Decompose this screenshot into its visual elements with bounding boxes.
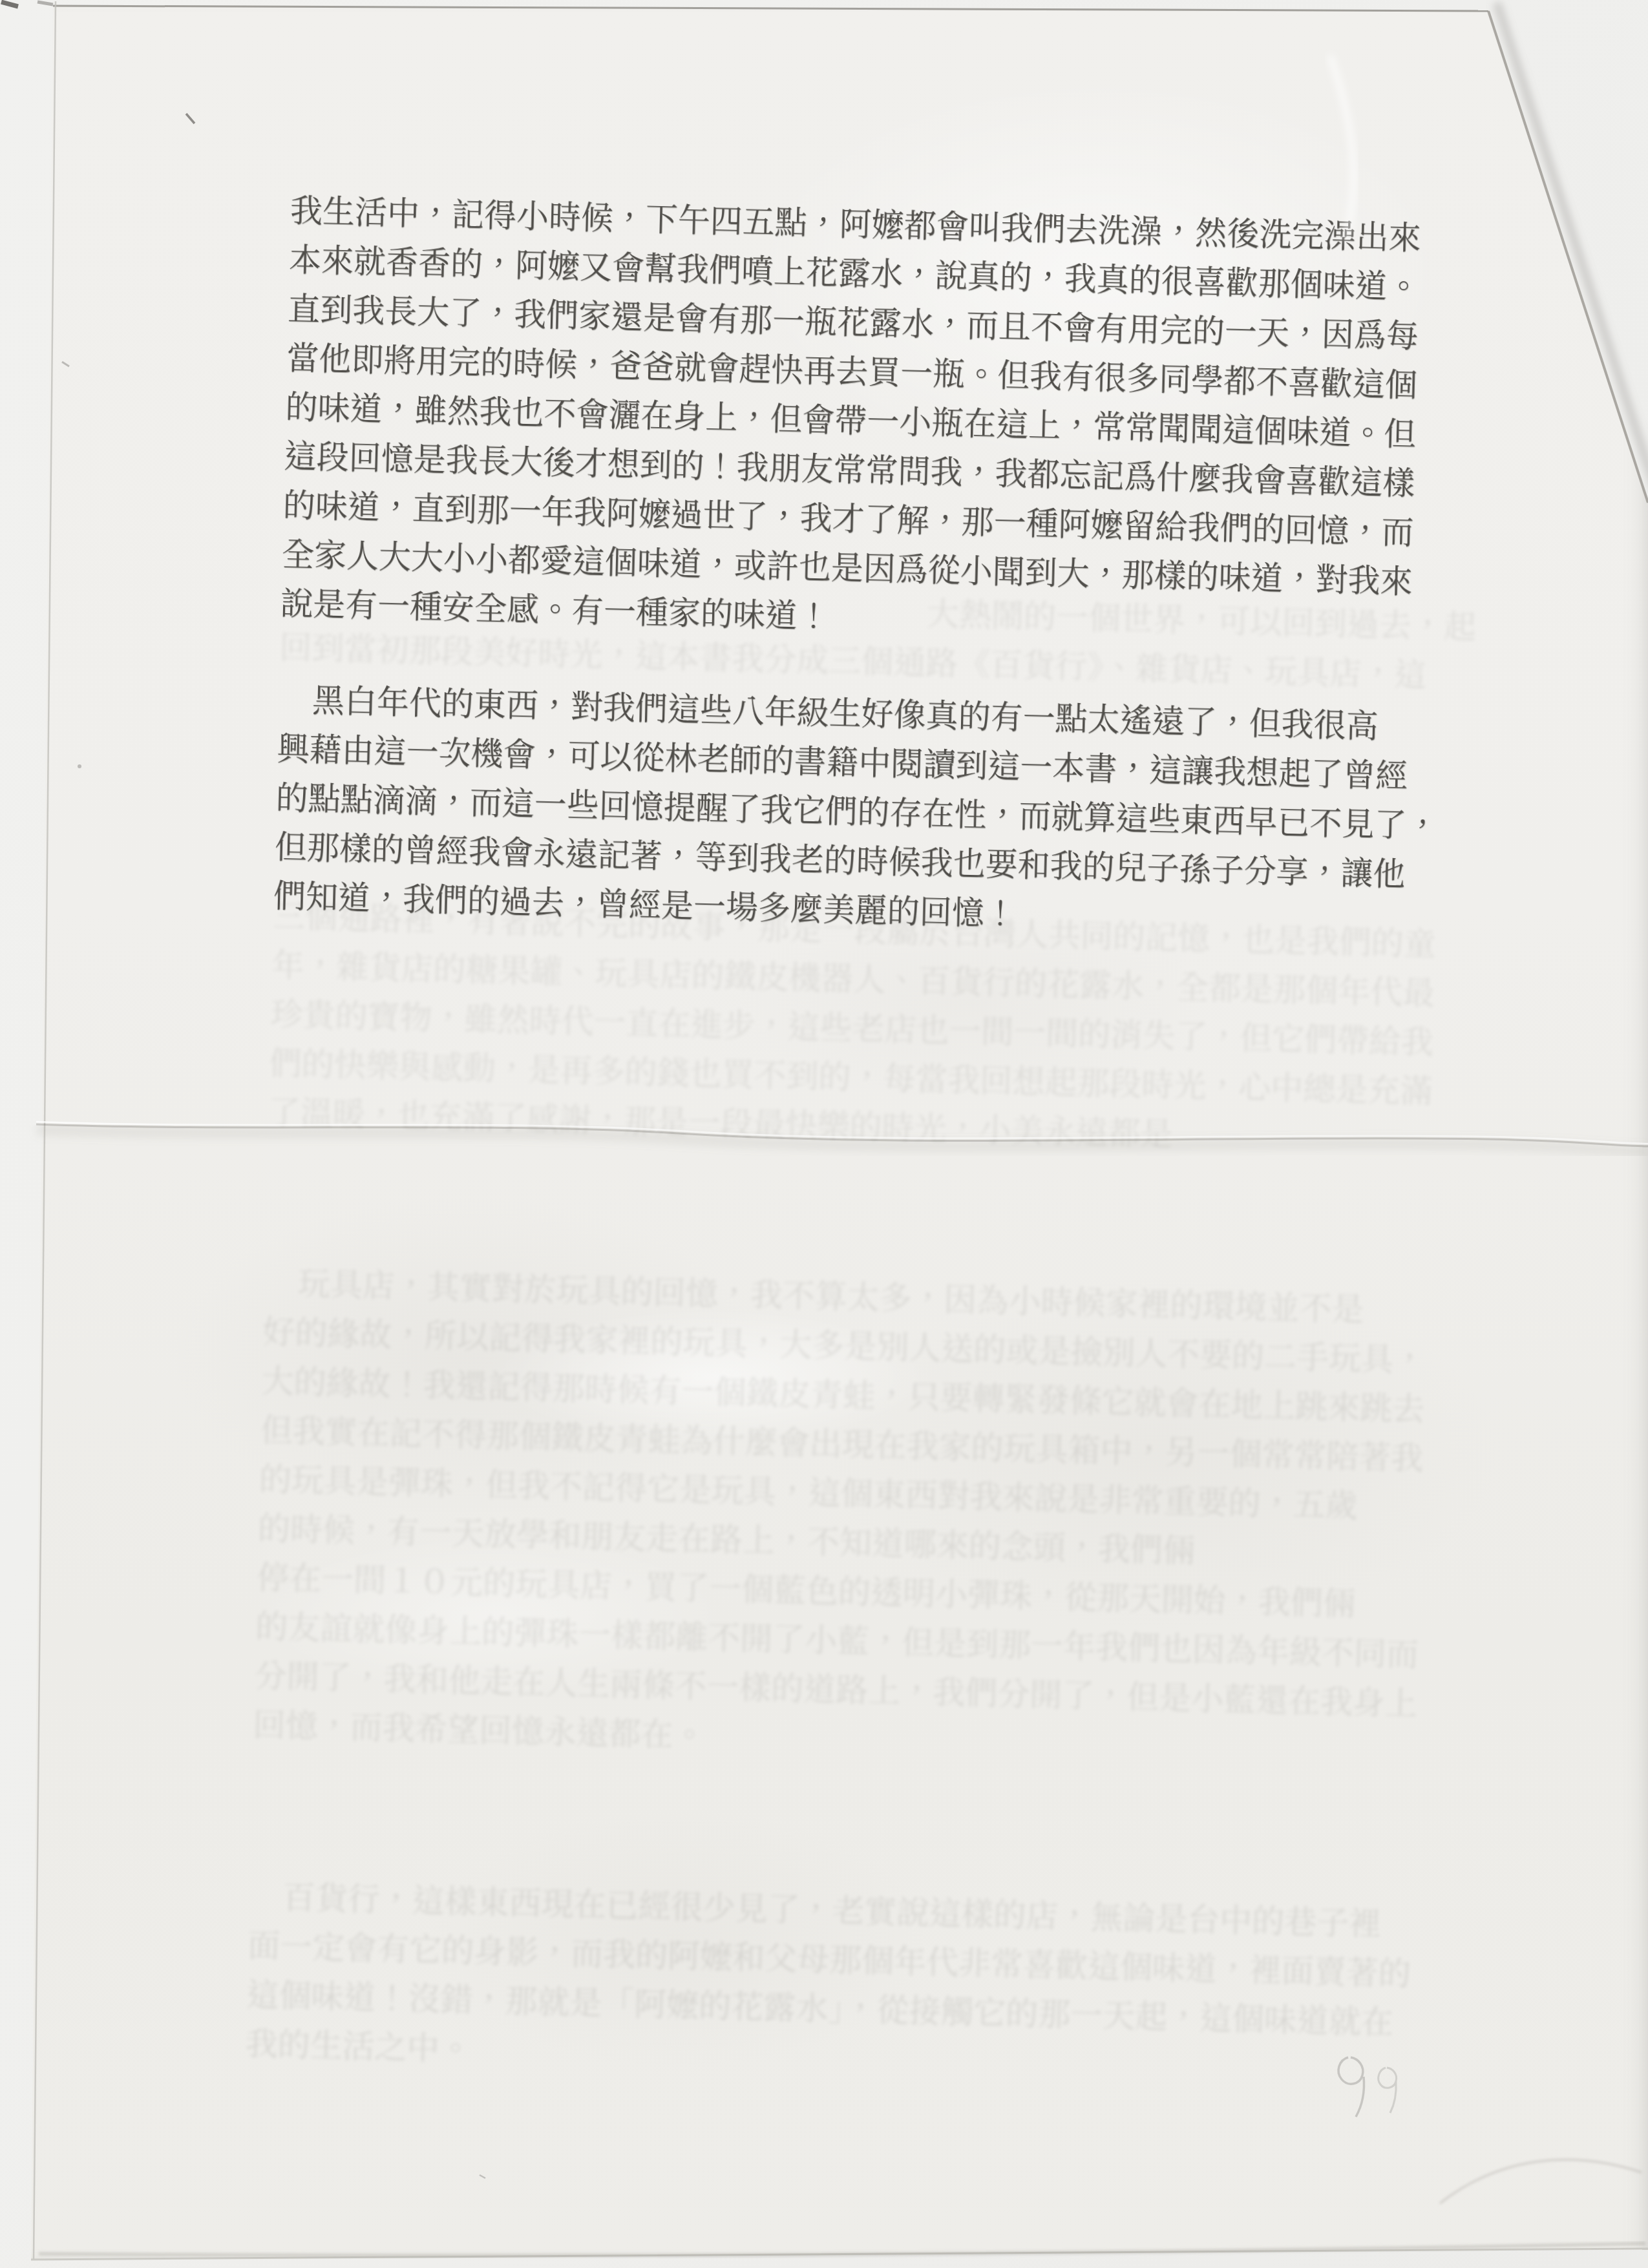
- text-line: 的玩具是彈珠，但我不記得它是玩具，這個東西對我來說是非常重要的，五歲: [259, 1454, 1429, 1532]
- text-line: 玩具店，其實對於玩具的回憶，我不算太多，因為小時候家裡的環境並不是: [264, 1259, 1434, 1336]
- text-line: 回憶，而我希望回憶永遠都在。: [253, 1700, 1423, 1778]
- scanned-page: 大熱鬧的一個世界，可以回到過去，起回到當初那段美好時光，這本書我分成三個通路《百…: [0, 0, 1648, 2268]
- text-line: 百貨行，這樣東西現在已經很少見了，老實說這樣的店，無論是台中的巷子裡: [248, 1872, 1419, 1949]
- edge-debris-1: [1, 2, 18, 6]
- text-line: 好的緣故，所以記得我家裡的玩具，大多是別人送的或是撿別人不要的二手玩具，: [262, 1307, 1433, 1385]
- text-line: 們的快樂與感動，是再多的錢也買不到的，每當我回想起那段時光，心中總是充滿: [269, 1039, 1439, 1117]
- text-line: 珍貴的寶物，雖然時代一直在進步，這些老店也一間一間的消失了，但它們帶給我: [270, 990, 1441, 1067]
- text-line: 這個味道！沒錯，那就是「阿嬤的花露水」，從接觸它的那一天起，這個味道就在: [246, 1970, 1417, 2048]
- text-line: 年，雜貨店的糖果罐、玩具店的鐵皮機器人、百貨行的花露水，全都是那個年代最: [271, 941, 1442, 1018]
- paragraph-2: 黑白年代的東西，對我們這些八年級生好像真的有一點太遙遠了，但我很高興藉由這一次機…: [273, 675, 1448, 949]
- bleedthrough-block-4: 百貨行，這樣東西現在已經很少見了，老實說這樣的店，無論是台中的巷子裡面一定會有它…: [245, 1872, 1419, 2097]
- essay-content: 大熱鬧的一個世界，可以回到過去，起回到當初那段美好時光，這本書我分成三個通路《百…: [273, 186, 1460, 949]
- text-line: 停在一間１０元的玩具店，買了一個藍色的透明小彈珠，從那天開始，我們倆: [256, 1553, 1426, 1630]
- text-line: 但我實在記不得那個鐵皮青蛙為什麼會出現在我家的玩具箱中，另一個常常陪著我: [260, 1405, 1430, 1483]
- text-line: 大的緣故！我還記得那時候有一個鐵皮青蛙，只要轉緊發條它就會在地上跳來跳去: [261, 1356, 1431, 1434]
- edge-debris-2: [37, 2, 53, 5]
- paper-sheet: 大熱鬧的一個世界，可以回到過去，起回到當初那段美好時光，這本書我分成三個通路《百…: [0, 0, 1648, 2268]
- text-line: 分開了，我和他走在人生兩條不一樣的道路上，我們分開了，但是小藍還在我身上: [254, 1651, 1424, 1728]
- text-line: 的友誼就像身上的彈珠一樣都離不開了小藍，但是到那一年我們也因為年級不同而: [255, 1602, 1426, 1679]
- bleedthrough-block-3: 玩具店，其實對於玩具的回憶，我不算太多，因為小時候家裡的環境並不是好的緣故，所以…: [253, 1259, 1434, 1778]
- text-line: 的時候，有一天放學和朋友走在路上，不知道哪來的念頭，我們倆: [257, 1504, 1428, 1581]
- text-line: 了溫暖，也充滿了感謝，那是一段最快樂的時光，小美永遠都是: [268, 1088, 1438, 1166]
- text-line: 我的生活之中。: [245, 2019, 1415, 2097]
- paragraph-1: 我生活中，記得小時候，下午四五點，阿嬤都會叫我們去洗澡，然後洗完澡出來本來就香香…: [280, 186, 1460, 656]
- text-line: 面一定會有它的身影，而我的阿嬤和父母那個年代非常喜歡這個味道，裡面賣著的: [248, 1921, 1418, 1999]
